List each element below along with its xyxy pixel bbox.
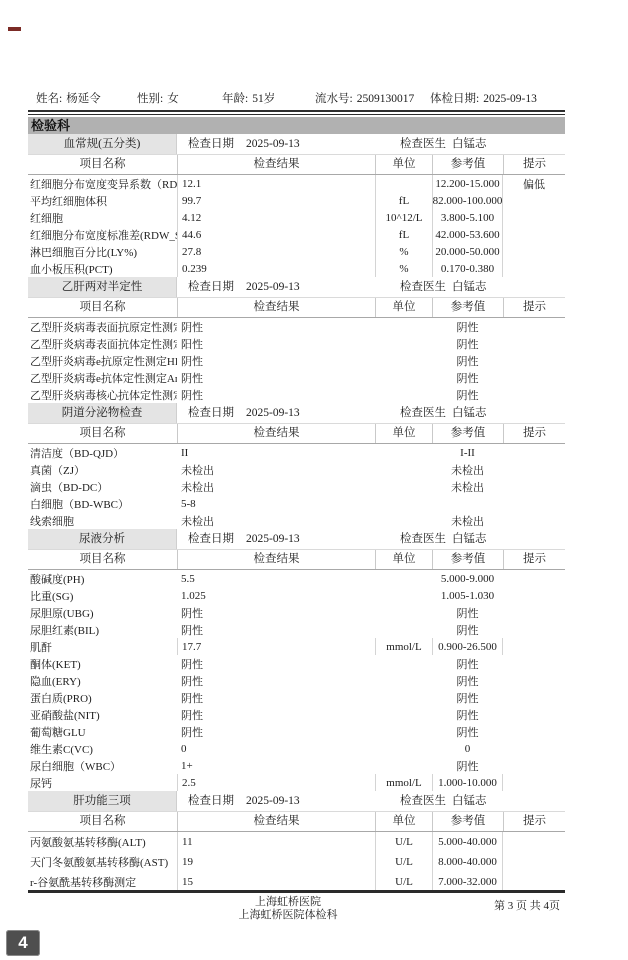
cell-hint xyxy=(503,655,565,672)
cell-hint xyxy=(503,723,565,740)
table-row: 真菌（ZJ）未检出未检出 xyxy=(28,461,565,478)
cell-item-name: 乙型肝炎病毒e抗原定性测定HB xyxy=(28,352,177,369)
section-header-row: 肝功能三项检查日期2025-09-13检查医生白锰志 xyxy=(28,791,565,812)
patient-field-label: 体检日期: xyxy=(430,93,479,105)
table-row: 血小板压积(PCT)0.239%0.170-0.380 xyxy=(28,260,565,277)
cell-result: 5.5 xyxy=(177,570,375,587)
col-header-unit: 单位 xyxy=(375,298,432,317)
corner-mark xyxy=(8,27,21,31)
cell-result: 99.7 xyxy=(177,192,375,209)
cell-hint xyxy=(503,672,565,689)
cell-item-name: 平均红细胞体积 xyxy=(28,192,177,209)
cell-reference: 阴性 xyxy=(432,689,503,706)
col-header-result: 检查结果 xyxy=(177,550,375,569)
cell-hint xyxy=(503,604,565,621)
cell-unit xyxy=(375,621,432,638)
exam-doctor-value: 白锰志 xyxy=(452,795,487,807)
cell-unit xyxy=(375,175,432,192)
cell-result: 阴性 xyxy=(177,723,375,740)
lab-section: 尿液分析检查日期2025-09-13检查医生白锰志项目名称检查结果单位参考值提示… xyxy=(28,529,565,791)
cell-result: 11 xyxy=(177,832,375,852)
cell-result: 27.8 xyxy=(177,243,375,260)
page-indicator: 第 3 页 共 4页 xyxy=(470,897,560,913)
cell-reference: 42.000-53.600 xyxy=(432,226,503,243)
patient-info-row: 姓名:杨延令性别:女年龄:51岁流水号:2509130017体检日期:2025-… xyxy=(28,90,565,108)
cell-unit xyxy=(375,655,432,672)
col-header-reference: 参考值 xyxy=(432,298,503,317)
cell-hint xyxy=(503,369,565,386)
cell-result: 未检出 xyxy=(177,512,375,529)
cell-reference: 阴性 xyxy=(432,335,503,352)
exam-doctor: 检查医生白锰志 xyxy=(400,134,487,154)
cell-reference: 5.000-40.000 xyxy=(432,832,503,852)
cell-unit: mmol/L xyxy=(375,774,432,791)
patient-field-value: 杨延令 xyxy=(66,93,101,105)
patient-field-label: 流水号: xyxy=(315,93,353,105)
cell-result: 阴性 xyxy=(177,318,375,335)
col-header-reference: 参考值 xyxy=(432,155,503,174)
section-header-row: 尿液分析检查日期2025-09-13检查医生白锰志 xyxy=(28,529,565,550)
cell-hint xyxy=(503,461,565,478)
exam-date-value: 2025-09-13 xyxy=(246,281,300,293)
col-header-name: 项目名称 xyxy=(28,298,177,317)
lab-section: 血常规(五分类)检查日期2025-09-13检查医生白锰志项目名称检查结果单位参… xyxy=(28,134,565,277)
cell-hint xyxy=(503,774,565,791)
cell-hint xyxy=(503,638,565,655)
col-header-result: 检查结果 xyxy=(177,424,375,443)
cell-hint xyxy=(503,478,565,495)
cell-reference: I-II xyxy=(432,444,503,461)
cell-result: 15 xyxy=(177,872,375,892)
cell-item-name: 滴虫（BD-DC） xyxy=(28,478,177,495)
cell-unit: fL xyxy=(375,192,432,209)
cell-reference: 阴性 xyxy=(432,318,503,335)
cell-hint xyxy=(503,444,565,461)
cell-result: 阴性 xyxy=(177,655,375,672)
cell-hint xyxy=(503,260,565,277)
cell-reference: 12.200-15.000 xyxy=(432,175,503,192)
table-row: 淋巴细胞百分比(LY%)27.8%20.000-50.000 xyxy=(28,243,565,260)
col-header-name: 项目名称 xyxy=(28,550,177,569)
cell-unit: % xyxy=(375,243,432,260)
cell-result: 5-8 xyxy=(177,495,375,512)
cell-hint xyxy=(503,689,565,706)
cell-hint xyxy=(503,243,565,260)
cell-item-name: 清洁度（BD-QJD） xyxy=(28,444,177,461)
table-row: 乙型肝炎病毒表面抗原定性测定阴性阴性 xyxy=(28,318,565,335)
cell-unit xyxy=(375,335,432,352)
table-row: 乙型肝炎病毒核心抗体定性测定阴性阴性 xyxy=(28,386,565,403)
patient-field: 年龄:51岁 xyxy=(222,90,275,106)
cell-item-name: 红细胞分布宽度变异系数（RDW xyxy=(28,175,177,192)
cell-unit xyxy=(375,369,432,386)
exam-date: 检查日期2025-09-13 xyxy=(188,277,300,297)
col-header-unit: 单位 xyxy=(375,812,432,831)
cell-reference: 阴性 xyxy=(432,621,503,638)
cell-item-name: 酮体(KET) xyxy=(28,655,177,672)
cell-item-name: 尿胆红素(BIL) xyxy=(28,621,177,638)
section-rows: 乙型肝炎病毒表面抗原定性测定阴性阴性乙型肝炎病毒表面抗体定性测定阳性阴性乙型肝炎… xyxy=(28,318,565,403)
exam-doctor-value: 白锰志 xyxy=(452,407,487,419)
patient-field-label: 年龄: xyxy=(222,93,248,105)
cell-item-name: 淋巴细胞百分比(LY%) xyxy=(28,243,177,260)
cell-item-name: 红细胞 xyxy=(28,209,177,226)
cell-item-name: 酸碱度(PH) xyxy=(28,570,177,587)
cell-hint xyxy=(503,226,565,243)
table-row: 尿胆红素(BIL)阴性阴性 xyxy=(28,621,565,638)
section-header-row: 乙肝两对半定性检查日期2025-09-13检查医生白锰志 xyxy=(28,277,565,298)
cell-item-name: 血小板压积(PCT) xyxy=(28,260,177,277)
cell-unit xyxy=(375,689,432,706)
cell-hint xyxy=(503,872,565,892)
exam-doctor-label: 检查医生 xyxy=(400,281,446,293)
cell-reference: 阴性 xyxy=(432,655,503,672)
cell-hint xyxy=(503,335,565,352)
cell-reference: 阴性 xyxy=(432,386,503,403)
table-row: 肌酐17.7mmol/L0.900-26.500 xyxy=(28,638,565,655)
cell-reference: 未检出 xyxy=(432,478,503,495)
cell-result: 阴性 xyxy=(177,689,375,706)
col-header-name: 项目名称 xyxy=(28,424,177,443)
cell-hint xyxy=(503,192,565,209)
cell-item-name: 乙型肝炎病毒核心抗体定性测定 xyxy=(28,386,177,403)
lab-section: 乙肝两对半定性检查日期2025-09-13检查医生白锰志项目名称检查结果单位参考… xyxy=(28,277,565,403)
cell-hint xyxy=(503,587,565,604)
cell-hint xyxy=(503,386,565,403)
page-number-badge: 4 xyxy=(6,930,40,956)
lab-section: 肝功能三项检查日期2025-09-13检查医生白锰志项目名称检查结果单位参考值提… xyxy=(28,791,565,893)
cell-result: 阴性 xyxy=(177,386,375,403)
cell-unit: fL xyxy=(375,226,432,243)
cell-reference: 阴性 xyxy=(432,352,503,369)
cell-item-name: 亚硝酸盐(NIT) xyxy=(28,706,177,723)
col-header-result: 检查结果 xyxy=(177,298,375,317)
col-header-reference: 参考值 xyxy=(432,424,503,443)
cell-result: 19 xyxy=(177,852,375,872)
cell-unit xyxy=(375,461,432,478)
cell-reference: 7.000-32.000 xyxy=(432,872,503,892)
cell-hint xyxy=(503,318,565,335)
patient-field-value: 2025-09-13 xyxy=(483,93,537,105)
cell-result: 1+ xyxy=(177,757,375,774)
cell-reference: 阴性 xyxy=(432,706,503,723)
section-rows: 红细胞分布宽度变异系数（RDW12.112.200-15.000偏低平均红细胞体… xyxy=(28,175,565,277)
cell-reference: 8.000-40.000 xyxy=(432,852,503,872)
exam-doctor-label: 检查医生 xyxy=(400,533,446,545)
cell-hint xyxy=(503,352,565,369)
exam-date-value: 2025-09-13 xyxy=(246,138,300,150)
table-row: 维生素C(VC)00 xyxy=(28,740,565,757)
exam-doctor-value: 白锰志 xyxy=(452,138,487,150)
cell-reference: 0 xyxy=(432,740,503,757)
cell-item-name: 真菌（ZJ） xyxy=(28,461,177,478)
exam-date-label: 检查日期 xyxy=(188,138,234,150)
cell-result: 0 xyxy=(177,740,375,757)
exam-date-value: 2025-09-13 xyxy=(246,533,300,545)
patient-field: 性别:女 xyxy=(137,90,179,106)
cell-unit: U/L xyxy=(375,852,432,872)
cell-reference: 5.000-9.000 xyxy=(432,570,503,587)
cell-item-name: r-谷氨酰基转移酶测定 xyxy=(28,872,177,892)
cell-item-name: 乙型肝炎病毒表面抗原定性测定 xyxy=(28,318,177,335)
col-header-hint: 提示 xyxy=(503,155,565,174)
cell-reference: 阴性 xyxy=(432,604,503,621)
col-header-unit: 单位 xyxy=(375,155,432,174)
section-title: 血常规(五分类) xyxy=(28,134,177,154)
section-title: 肝功能三项 xyxy=(28,791,177,811)
cell-reference: 20.000-50.000 xyxy=(432,243,503,260)
cell-unit xyxy=(375,604,432,621)
table-row: 丙氨酸氨基转移酶(ALT)11U/L5.000-40.000 xyxy=(28,832,565,852)
cell-result: 阴性 xyxy=(177,706,375,723)
cell-item-name: 红细胞分布宽度标准差(RDW_SD xyxy=(28,226,177,243)
cell-reference: 未检出 xyxy=(432,461,503,478)
cell-hint xyxy=(503,209,565,226)
cell-item-name: 隐血(ERY) xyxy=(28,672,177,689)
table-row: 滴虫（BD-DC）未检出未检出 xyxy=(28,478,565,495)
cell-reference: 1.005-1.030 xyxy=(432,587,503,604)
section-header-row: 血常规(五分类)检查日期2025-09-13检查医生白锰志 xyxy=(28,134,565,155)
cell-item-name: 维生素C(VC) xyxy=(28,740,177,757)
col-header-unit: 单位 xyxy=(375,424,432,443)
exam-date-value: 2025-09-13 xyxy=(246,795,300,807)
lab-sections-container: 血常规(五分类)检查日期2025-09-13检查医生白锰志项目名称检查结果单位参… xyxy=(28,134,565,893)
cell-reference xyxy=(432,495,503,512)
cell-reference: 阴性 xyxy=(432,369,503,386)
cell-unit xyxy=(375,512,432,529)
report-page: { "colors": { "department_bar": "#b1b1b1… xyxy=(0,0,628,960)
cell-item-name: 尿钙 xyxy=(28,774,177,791)
cell-unit xyxy=(375,723,432,740)
cell-reference: 阴性 xyxy=(432,672,503,689)
col-header-result: 检查结果 xyxy=(177,155,375,174)
cell-result: 阴性 xyxy=(177,672,375,689)
footer-divider xyxy=(28,890,565,893)
cell-item-name: 白细胞（BD-WBC） xyxy=(28,495,177,512)
department-bar: 检验科 xyxy=(28,117,565,134)
cell-unit xyxy=(375,706,432,723)
cell-unit xyxy=(375,386,432,403)
section-title: 乙肝两对半定性 xyxy=(28,277,177,297)
cell-unit xyxy=(375,478,432,495)
exam-doctor-value: 白锰志 xyxy=(452,281,487,293)
col-header-hint: 提示 xyxy=(503,298,565,317)
cell-item-name: 肌酐 xyxy=(28,638,177,655)
patient-field-value: 51岁 xyxy=(252,93,275,105)
cell-unit xyxy=(375,318,432,335)
table-header-row: 项目名称检查结果单位参考值提示 xyxy=(28,298,565,318)
exam-date-label: 检查日期 xyxy=(188,407,234,419)
table-row: 乙型肝炎病毒表面抗体定性测定阳性阴性 xyxy=(28,335,565,352)
cell-result: 阴性 xyxy=(177,604,375,621)
table-row: 酮体(KET)阴性阴性 xyxy=(28,655,565,672)
exam-date: 检查日期2025-09-13 xyxy=(188,134,300,154)
exam-doctor-label: 检查医生 xyxy=(400,795,446,807)
exam-doctor: 检查医生白锰志 xyxy=(400,277,487,297)
cell-reference: 1.000-10.000 xyxy=(432,774,503,791)
cell-hint: 偏低 xyxy=(503,175,565,192)
cell-result: 阳性 xyxy=(177,335,375,352)
table-row: 葡萄糖GLU阴性阴性 xyxy=(28,723,565,740)
table-header-row: 项目名称检查结果单位参考值提示 xyxy=(28,155,565,175)
exam-doctor-value: 白锰志 xyxy=(452,533,487,545)
exam-date: 检查日期2025-09-13 xyxy=(188,529,300,549)
cell-item-name: 尿胆原(UBG) xyxy=(28,604,177,621)
exam-doctor: 检查医生白锰志 xyxy=(400,403,487,423)
cell-item-name: 乙型肝炎病毒e抗体定性测定An xyxy=(28,369,177,386)
cell-result: 0.239 xyxy=(177,260,375,277)
cell-result: II xyxy=(177,444,375,461)
table-row: 比重(SG)1.0251.005-1.030 xyxy=(28,587,565,604)
cell-unit: 10^12/L xyxy=(375,209,432,226)
cell-result: 阴性 xyxy=(177,621,375,638)
table-row: 红细胞分布宽度标准差(RDW_SD44.6fL42.000-53.600 xyxy=(28,226,565,243)
cell-reference: 未检出 xyxy=(432,512,503,529)
patient-field-value: 2509130017 xyxy=(357,93,415,105)
table-row: r-谷氨酰基转移酶测定15U/L7.000-32.000 xyxy=(28,872,565,892)
exam-doctor: 检查医生白锰志 xyxy=(400,529,487,549)
col-header-hint: 提示 xyxy=(503,812,565,831)
table-row: 酸碱度(PH)5.55.000-9.000 xyxy=(28,570,565,587)
cell-unit: U/L xyxy=(375,872,432,892)
cell-result: 12.1 xyxy=(177,175,375,192)
exam-date-label: 检查日期 xyxy=(188,281,234,293)
cell-result: 44.6 xyxy=(177,226,375,243)
section-title: 尿液分析 xyxy=(28,529,177,549)
cell-item-name: 尿白细胞（WBC） xyxy=(28,757,177,774)
patient-field: 体检日期:2025-09-13 xyxy=(430,90,537,106)
cell-unit: mmol/L xyxy=(375,638,432,655)
cell-result: 17.7 xyxy=(177,638,375,655)
section-header-row: 阴道分泌物检查检查日期2025-09-13检查医生白锰志 xyxy=(28,403,565,424)
table-row: 乙型肝炎病毒e抗原定性测定HB阴性阴性 xyxy=(28,352,565,369)
table-row: 红细胞分布宽度变异系数（RDW12.112.200-15.000偏低 xyxy=(28,175,565,192)
col-header-result: 检查结果 xyxy=(177,812,375,831)
cell-item-name: 天门冬氨酸氨基转移酶(AST) xyxy=(28,852,177,872)
col-header-name: 项目名称 xyxy=(28,812,177,831)
col-header-hint: 提示 xyxy=(503,424,565,443)
cell-unit: U/L xyxy=(375,832,432,852)
cell-hint xyxy=(503,832,565,852)
cell-unit xyxy=(375,352,432,369)
cell-hint xyxy=(503,621,565,638)
table-row: 平均红细胞体积99.7fL82.000-100.000 xyxy=(28,192,565,209)
cell-item-name: 蛋白质(PRO) xyxy=(28,689,177,706)
cell-result: 未检出 xyxy=(177,461,375,478)
cell-hint xyxy=(503,495,565,512)
cell-result: 4.12 xyxy=(177,209,375,226)
cell-hint xyxy=(503,570,565,587)
exam-doctor-label: 检查医生 xyxy=(400,407,446,419)
table-row: 尿白细胞（WBC）1+阴性 xyxy=(28,757,565,774)
cell-unit xyxy=(375,570,432,587)
cell-result: 未检出 xyxy=(177,478,375,495)
cell-item-name: 线索细胞 xyxy=(28,512,177,529)
cell-hint xyxy=(503,852,565,872)
exam-date-label: 检查日期 xyxy=(188,795,234,807)
cell-unit xyxy=(375,740,432,757)
exam-date-value: 2025-09-13 xyxy=(246,407,300,419)
patient-field: 流水号:2509130017 xyxy=(315,90,414,106)
cell-hint xyxy=(503,740,565,757)
patient-field: 姓名:杨延令 xyxy=(36,90,101,106)
cell-unit xyxy=(375,587,432,604)
table-row: 白细胞（BD-WBC）5-8 xyxy=(28,495,565,512)
cell-result: 阴性 xyxy=(177,369,375,386)
cell-result: 2.5 xyxy=(177,774,375,791)
cell-item-name: 乙型肝炎病毒表面抗体定性测定 xyxy=(28,335,177,352)
section-rows: 酸碱度(PH)5.55.000-9.000比重(SG)1.0251.005-1.… xyxy=(28,570,565,791)
table-row: 线索细胞未检出未检出 xyxy=(28,512,565,529)
table-row: 天门冬氨酸氨基转移酶(AST)19U/L8.000-40.000 xyxy=(28,852,565,872)
patient-field-label: 性别: xyxy=(137,93,163,105)
cell-item-name: 比重(SG) xyxy=(28,587,177,604)
cell-reference: 3.800-5.100 xyxy=(432,209,503,226)
table-row: 清洁度（BD-QJD）III-II xyxy=(28,444,565,461)
cell-reference: 0.900-26.500 xyxy=(432,638,503,655)
table-row: 乙型肝炎病毒e抗体定性测定An阴性阴性 xyxy=(28,369,565,386)
table-row: 尿钙2.5mmol/L1.000-10.000 xyxy=(28,774,565,791)
table-row: 隐血(ERY)阴性阴性 xyxy=(28,672,565,689)
exam-date-label: 检查日期 xyxy=(188,533,234,545)
patient-field-value: 女 xyxy=(167,93,179,105)
exam-date: 检查日期2025-09-13 xyxy=(188,791,300,811)
cell-reference: 阴性 xyxy=(432,757,503,774)
cell-hint xyxy=(503,706,565,723)
cell-unit: % xyxy=(375,260,432,277)
table-header-row: 项目名称检查结果单位参考值提示 xyxy=(28,424,565,444)
table-header-row: 项目名称检查结果单位参考值提示 xyxy=(28,812,565,832)
col-header-hint: 提示 xyxy=(503,550,565,569)
cell-result: 阴性 xyxy=(177,352,375,369)
cell-result: 1.025 xyxy=(177,587,375,604)
table-row: 亚硝酸盐(NIT)阴性阴性 xyxy=(28,706,565,723)
table-row: 红细胞4.1210^12/L3.800-5.100 xyxy=(28,209,565,226)
lab-section: 阴道分泌物检查检查日期2025-09-13检查医生白锰志项目名称检查结果单位参考… xyxy=(28,403,565,529)
header-divider xyxy=(28,110,565,115)
cell-hint xyxy=(503,757,565,774)
col-header-name: 项目名称 xyxy=(28,155,177,174)
col-header-reference: 参考值 xyxy=(432,812,503,831)
section-rows: 清洁度（BD-QJD）III-II真菌（ZJ）未检出未检出滴虫（BD-DC）未检… xyxy=(28,444,565,529)
table-row: 蛋白质(PRO)阴性阴性 xyxy=(28,689,565,706)
cell-unit xyxy=(375,495,432,512)
section-rows: 丙氨酸氨基转移酶(ALT)11U/L5.000-40.000天门冬氨酸氨基转移酶… xyxy=(28,832,565,893)
exam-doctor: 检查医生白锰志 xyxy=(400,791,487,811)
cell-reference: 82.000-100.000 xyxy=(432,192,503,209)
cell-reference: 0.170-0.380 xyxy=(432,260,503,277)
cell-unit xyxy=(375,444,432,461)
cell-item-name: 葡萄糖GLU xyxy=(28,723,177,740)
cell-item-name: 丙氨酸氨基转移酶(ALT) xyxy=(28,832,177,852)
table-row: 尿胆原(UBG)阴性阴性 xyxy=(28,604,565,621)
table-header-row: 项目名称检查结果单位参考值提示 xyxy=(28,550,565,570)
col-header-unit: 单位 xyxy=(375,550,432,569)
cell-unit xyxy=(375,757,432,774)
exam-date: 检查日期2025-09-13 xyxy=(188,403,300,423)
cell-hint xyxy=(503,512,565,529)
exam-doctor-label: 检查医生 xyxy=(400,138,446,150)
col-header-reference: 参考值 xyxy=(432,550,503,569)
section-title: 阴道分泌物检查 xyxy=(28,403,177,423)
cell-unit xyxy=(375,672,432,689)
cell-reference: 阴性 xyxy=(432,723,503,740)
patient-field-label: 姓名: xyxy=(36,93,62,105)
